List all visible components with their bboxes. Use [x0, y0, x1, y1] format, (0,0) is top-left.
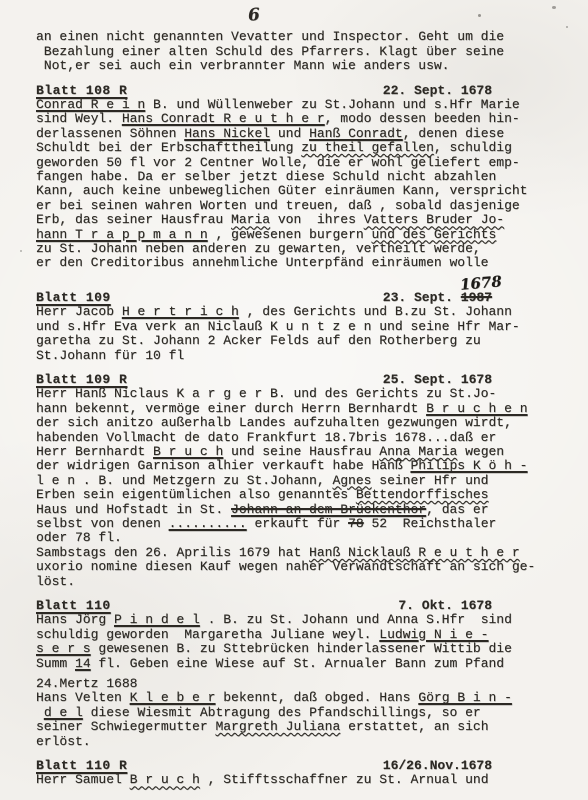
marked-text-segment: Hanß Conradt [309, 126, 403, 141]
marked-text-segment: und des Gerichts [371, 227, 496, 242]
text-line: Haus und Hofstadt in St. Johann an dem B… [36, 503, 588, 517]
text-line: uxorio nomine diesen Kauf wegen naher Ve… [36, 560, 588, 574]
entry-date: 16/26.Nov.1678 [383, 759, 492, 773]
text-segment: Kann, auch keine unbeweglichen Güter ein… [36, 183, 527, 198]
entry-date: 22. Sept. 1678 [383, 84, 492, 98]
entry-heading: Blatt 109 R [36, 372, 127, 387]
marked-text-segment: Hans Nickel [184, 126, 270, 141]
marked-text-segment: Philips K ö h - [410, 458, 527, 473]
text-line: St.Johann für 10 fl [36, 349, 588, 363]
text-segment: fl. Geben eine Wiese auf St. Arnualer Ba… [91, 656, 504, 671]
text-segment: Sambstags den 26. Aprilis 1679 hat [36, 545, 309, 560]
marked-text-segment: Conrad R e i n [36, 97, 145, 112]
text-segment: bekennt, daß obged. Hans [215, 690, 418, 705]
text-line: erlöst. [36, 735, 588, 749]
text-line: Erben sein eigentümlichen also genanntes… [36, 488, 588, 502]
text-line: Sambstags den 26. Aprilis 1679 hat Hanß … [36, 546, 588, 560]
text-segment: er bei seinen wahren Worten und treuen, … [36, 198, 520, 213]
marked-text-segment: d e l [44, 705, 83, 720]
text-segment: Herr Hanß Niclaus K a r g e r B. und des… [36, 386, 496, 401]
text-line: Herr Jacob H e r t r i c h , des Gericht… [36, 305, 588, 319]
entry-heading: Blatt 110 R [36, 758, 127, 773]
page-number: 6 [248, 7, 269, 23]
text-line: Conrad R e i n B. und Wüllenweber zu St.… [36, 98, 588, 112]
text-line: an einen nicht genannten Vevatter und In… [36, 30, 588, 44]
marked-text-segment: 1987 [461, 290, 492, 305]
text-segment: schuldig geworden Margaretha Juliane wey… [36, 627, 379, 642]
marked-text-segment: Hans Conradt R e u t h e r [122, 111, 325, 126]
text-line: Not,er sei auch ein verbrannter Mann wie… [36, 59, 588, 73]
text-line: hann bekennt, vermöge einer durch Herrn … [36, 402, 588, 416]
text-segment: und [270, 126, 309, 141]
text-segment: hann bekennt, vermöge einer durch Herrn … [36, 401, 426, 416]
text-line: Hans Jörg P i n d e l . B. zu St. Johann… [36, 613, 588, 627]
text-line: er den Creditoribus annehmliche Unterpfä… [36, 256, 588, 270]
text-segment: Erben sein eigentümlichen also genanntes [36, 487, 356, 502]
marked-text-segment: Agnes [332, 473, 371, 488]
text-line: habenden Vollmacht de dato Frankfurt 18.… [36, 431, 588, 445]
text-line: Herr Samuel B r u c h , Stifftsschaffner… [36, 773, 588, 787]
text-segment: Not,er sei auch ein verbrannter Mann wie… [36, 58, 449, 73]
text-segment: der widrigen Garnison alhier verkauft ha… [36, 458, 410, 473]
text-segment: erstattet, an sich [340, 719, 488, 734]
text-segment: Herr Samuel [36, 772, 130, 787]
text-segment: habenden Vollmacht de dato Frankfurt 18.… [36, 430, 496, 445]
text-segment: Summ [36, 656, 75, 671]
register-entry: Blatt 108 R22. Sept. 1678Conrad R e i n … [36, 84, 588, 271]
entry-date: 23. Sept. 1987 [383, 291, 492, 305]
text-segment: oder 78 fl. [36, 530, 122, 545]
entries: an einen nicht genannten Vevatter und In… [36, 30, 588, 787]
text-segment: 7. Okt. 1678 [398, 598, 492, 613]
marked-text-segment: 78 [348, 516, 364, 531]
text-segment: Erb, das seiner Hausfrau [36, 212, 231, 227]
scan-speck [478, 14, 481, 17]
entry-date: 7. Okt. 1678 [398, 599, 492, 613]
entry-heading: Blatt 109 [36, 290, 111, 305]
text-line: d e l diese Wiesmit Abtragung des Pfands… [36, 706, 588, 720]
text-line: schuldig geworden Margaretha Juliane wey… [36, 628, 588, 642]
text-segment: Herr Bernhardt [36, 444, 153, 459]
entry-header: 1678Blatt 10923. Sept. 1987 [36, 291, 588, 305]
marked-text-segment: Johann an dem Brückenthor [231, 502, 426, 517]
text-segment: seiner Hfr und [371, 473, 488, 488]
text-line: Schuldt bei der Erbschafttheilung zu the… [36, 141, 588, 155]
entry-header: Blatt 1107. Okt. 1678 [36, 599, 588, 613]
text-segment: derlassenen Söhnen [36, 126, 184, 141]
text-segment: an einen nicht genannten Vevatter und In… [36, 29, 504, 44]
scan-speck [566, 26, 568, 28]
text-segment: St.Johann für 10 fl [36, 348, 184, 363]
text-line: garetha zu St. Johann 2 Acker Felds auf … [36, 334, 588, 348]
marked-text-segment: Margreth Juliana [215, 719, 340, 734]
text-segment: zu St. Johann neben anderen zu gewarten,… [36, 241, 481, 256]
text-segment: , schuldig [434, 140, 512, 155]
text-segment: erlöst. [36, 734, 91, 749]
text-segment: der sich anitzo außerhalb Landes aufzuha… [36, 415, 512, 430]
text-line: und s.Hfr Eva verk an Niclauß K u n t z … [36, 320, 588, 334]
text-segment: gewesenen B. zu Sttebrücken hinderlassen… [91, 641, 512, 656]
marked-text-segment: K l e b e r [130, 690, 216, 705]
text-segment: garetha zu St. Johann 2 Acker Felds auf … [36, 333, 481, 348]
text-segment: Herr Jacob [36, 304, 122, 319]
text-line: l e n . B. und Metzgern zu St.Johann, Ag… [36, 474, 588, 488]
text-line: Kann, auch keine unbeweglichen Güter ein… [36, 184, 588, 198]
text-segment: B. und Wüllenweber zu St.Johann und s.Hf… [145, 97, 519, 112]
marked-text-segment: H e r t r i c h [122, 304, 239, 319]
marked-text-segment: Görg B i n - [418, 690, 512, 705]
marked-text-segment: B r u c h [130, 772, 200, 787]
text-line: oder 78 fl. [36, 531, 588, 545]
text-segment: , Stifftsschaffner zu St. Arnual und [200, 772, 489, 787]
text-line: geworden 50 fl vor 2 Centner Wolle, die … [36, 156, 588, 170]
text-line: Hans Velten K l e b e r bekennt, daß obg… [36, 691, 588, 705]
text-segment: , denen diese [403, 126, 504, 141]
scan-speck [20, 250, 22, 252]
register-entry: an einen nicht genannten Vevatter und In… [36, 30, 588, 73]
text-line: zu St. Johann neben anderen zu gewarten,… [36, 242, 588, 256]
text-segment: 23. Sept. [383, 290, 461, 305]
text-segment: wegen [457, 444, 504, 459]
text-segment: Hans Jörg [36, 612, 114, 627]
entry-heading: Blatt 108 R [36, 83, 127, 98]
marked-text-segment: B r u c h [153, 444, 223, 459]
register-entry: 24.Mertz 1688Hans Velten K l e b e r bek… [36, 677, 588, 749]
text-line: seiner Schwiegermutter Margreth Juliana … [36, 720, 588, 734]
text-segment: und seine Hausfrau [223, 444, 379, 459]
text-segment: er den Creditoribus annehmliche Unterpfä… [36, 255, 488, 270]
text-segment: löst. [36, 574, 75, 589]
text-segment: 16/26.Nov.1678 [383, 758, 492, 773]
text-segment: fangen habe. Da er selber jetzt diese Sc… [36, 169, 496, 184]
entry-date: 25. Sept. 1678 [383, 373, 492, 387]
text-line: selbst von denen .......... erkauft für … [36, 517, 588, 531]
text-segment: , gewesenen burgern [208, 227, 372, 242]
text-line: Erb, das seiner Hausfrau Maria von ihres… [36, 213, 588, 227]
text-segment: Schuldt bei der Erbschafttheilung [36, 140, 301, 155]
marked-text-segment: Vatters Bruder Jo- [364, 212, 504, 227]
text-segment: uxorio nomine diesen Kauf wegen naher Ve… [36, 559, 535, 574]
scan-speck [552, 6, 556, 9]
text-segment: Bezahlung einer alten Schuld des Pfarrer… [36, 44, 504, 59]
entry-header: Blatt 110 R16/26.Nov.1678 [36, 759, 588, 773]
text-line: sind Weyl. Hans Conradt R e u t h e r, m… [36, 112, 588, 126]
text-line: der widrigen Garnison alhier verkauft ha… [36, 459, 588, 473]
text-line: er bei seinen wahren Worten und treuen, … [36, 199, 588, 213]
marked-text-segment: P i n d e l [114, 612, 200, 627]
marked-text-segment: .......... [169, 516, 247, 531]
text-segment: geworden 50 fl vor 2 Centner Wolle, die … [36, 155, 520, 170]
entry-left-date: 24.Mertz 1688 [36, 677, 588, 691]
register-entry: Blatt 110 R16/26.Nov.1678Herr Samuel B r… [36, 759, 588, 788]
text-segment: 52 Reichsthaler [364, 516, 497, 531]
text-segment: erkauft für [247, 516, 348, 531]
marked-text-segment: B r u c h e n [426, 401, 527, 416]
register-entry: Blatt 1107. Okt. 1678Hans Jörg P i n d e… [36, 599, 588, 671]
text-line: s e r s gewesenen B. zu Sttebrücken hind… [36, 642, 588, 656]
text-segment: 22. Sept. 1678 [383, 83, 492, 98]
text-segment: von ihres [270, 212, 364, 227]
text-segment: , das er [426, 502, 488, 517]
register-entry: 1678Blatt 10923. Sept. 1987Herr Jacob H … [36, 291, 588, 363]
text-segment: seiner Schwiegermutter [36, 719, 215, 734]
marked-text-segment: zu theil gefallen [301, 140, 434, 155]
marked-text-segment: Ludwig N i e - [379, 627, 488, 642]
marked-text-segment: Maria [231, 212, 270, 227]
text-segment: , des Gerichts und B.zu St. Johann [239, 304, 512, 319]
text-line: löst. [36, 575, 588, 589]
text-segment: . B. zu St. Johann und Anna S.Hfr sind [200, 612, 512, 627]
text-line: Herr Bernhardt B r u c h und seine Hausf… [36, 445, 588, 459]
marked-text-segment: s e r s [36, 641, 91, 656]
marked-text-segment: Bettendorffisches [356, 487, 489, 502]
text-segment: selbst von denen [36, 516, 169, 531]
text-segment [36, 705, 44, 720]
scanned-document-page: 6 an einen nicht genannten Vevatter und … [0, 0, 588, 800]
text-segment: l e n . B. und Metzgern zu St.Johann, [36, 473, 332, 488]
text-line: Summ 14 fl. Geben eine Wiese auf St. Arn… [36, 657, 588, 671]
text-segment: sind Weyl. [36, 111, 122, 126]
entry-header: Blatt 108 R22. Sept. 1678 [36, 84, 588, 98]
register-entry: Blatt 109 R25. Sept. 1678Herr Hanß Nicla… [36, 373, 588, 589]
text-line: hann T r a p p m a n n , gewesenen burge… [36, 228, 588, 242]
text-segment: , modo dessen beeden hin- [325, 111, 520, 126]
text-segment: 25. Sept. 1678 [383, 372, 492, 387]
text-line: fangen habe. Da er selber jetzt diese Sc… [36, 170, 588, 184]
marked-text-segment: Anna Maria [379, 444, 457, 459]
text-line: Herr Hanß Niclaus K a r g e r B. und des… [36, 387, 588, 401]
marked-text-segment: 14 [75, 656, 91, 671]
text-segment: Haus und Hofstadt in St. [36, 502, 231, 517]
marked-text-segment: hann T r a p p m a n n [36, 227, 208, 242]
entry-header: Blatt 109 R25. Sept. 1678 [36, 373, 588, 387]
marked-text-segment: Hanß Nicklauß R e u t h e r [309, 545, 520, 560]
text-segment: diese Wiesmit Abtragung des Pfandschilli… [83, 705, 481, 720]
text-segment: und s.Hfr Eva verk an Niclauß K u n t z … [36, 319, 520, 334]
text-line: derlassenen Söhnen Hans Nickel und Hanß … [36, 127, 588, 141]
text-line: Bezahlung einer alten Schuld des Pfarrer… [36, 45, 588, 59]
entry-heading: Blatt 110 [36, 598, 111, 613]
text-segment: Hans Velten [36, 690, 130, 705]
text-line: der sich anitzo außerhalb Landes aufzuha… [36, 416, 588, 430]
